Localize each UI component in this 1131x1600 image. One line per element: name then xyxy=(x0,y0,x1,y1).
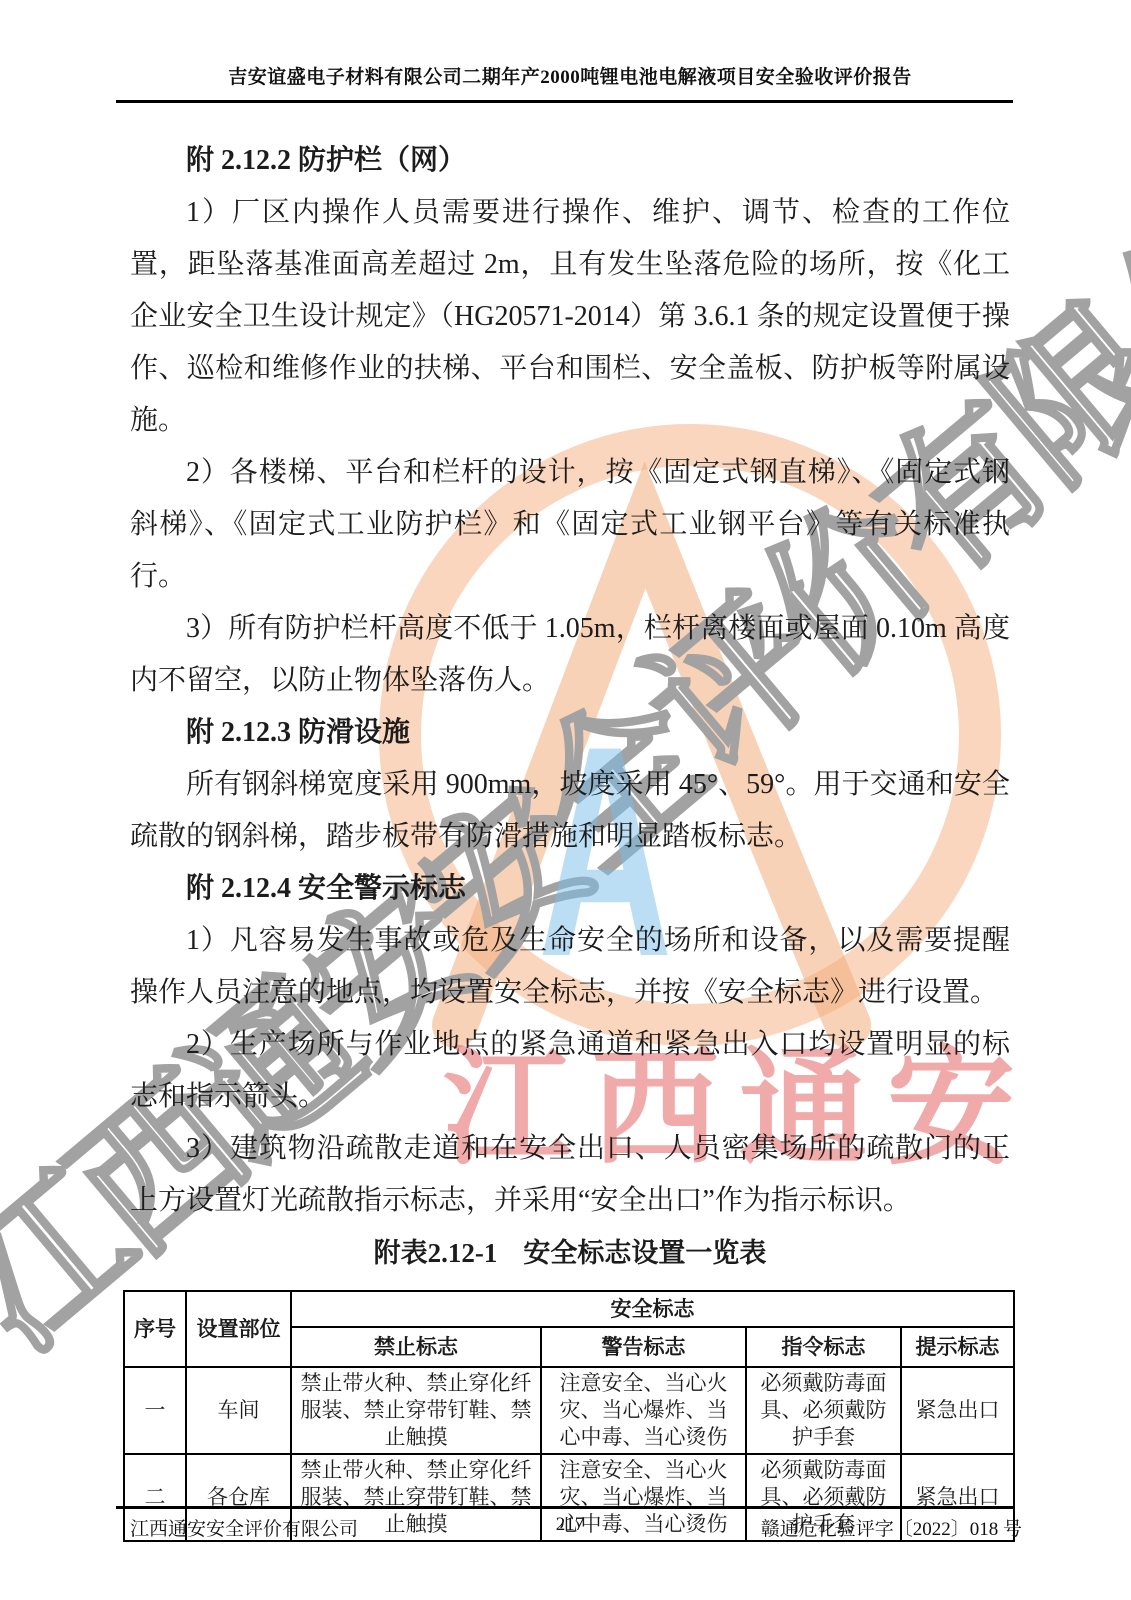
footer-doc-number: 赣通危化验评字〔2022〕018 号 xyxy=(761,1514,1022,1541)
cell-prompt: 紧急出口 xyxy=(901,1367,1014,1454)
cell-location: 车间 xyxy=(186,1367,291,1454)
section-heading: 附 2.12.4 安全警示标志 xyxy=(130,863,1010,915)
paragraph: 3）建筑物沿疏散走道和在安全出口、人员密集场所的疏散门的正上方设置灯光疏散指示标… xyxy=(130,1123,1010,1227)
cell-mandatory: 必须戴防毒面具、必须戴防护手套 xyxy=(746,1367,901,1454)
paragraph: 所有钢斜梯宽度采用 900mm，坡度采用 45°、59°。用于交通和安全疏散的钢… xyxy=(130,759,1010,863)
table-title-label: 附表2.12-1 xyxy=(374,1238,498,1268)
document-page: 江西通安安全评价有限公司 A 江西通安 吉安谊盛电子材料有限公司二期年产2000… xyxy=(0,0,1131,1600)
col-header-group: 安全标志 xyxy=(291,1291,1014,1327)
section-heading: 附 2.12.2 防护栏（网） xyxy=(130,135,1010,187)
table-row: 一 车间 禁止带火种、禁止穿化纤服装、禁止穿带钉鞋、禁止触摸 注意安全、当心火灾… xyxy=(124,1367,1014,1454)
document-body: 附 2.12.2 防护栏（网） 1）厂区内操作人员需要进行操作、维护、调节、检查… xyxy=(130,135,1010,1542)
col-header-warning: 警告标志 xyxy=(541,1327,746,1367)
paragraph: 2）各楼梯、平台和栏杆的设计，按《固定式钢直梯》、《固定式钢斜梯》、《固定式工业… xyxy=(130,447,1010,603)
col-header-seq: 序号 xyxy=(124,1291,186,1367)
table-title-text: 安全标志设置一览表 xyxy=(523,1238,766,1268)
section-heading: 附 2.12.3 防滑设施 xyxy=(130,707,1010,759)
cell-prohibition: 禁止带火种、禁止穿化纤服装、禁止穿带钉鞋、禁止触摸 xyxy=(291,1367,541,1454)
col-header-mandatory: 指令标志 xyxy=(746,1327,901,1367)
footer-rule xyxy=(116,1506,1013,1509)
paragraph: 1）厂区内操作人员需要进行操作、维护、调节、检查的工作位置，距坠落基准面高差超过… xyxy=(130,187,1010,447)
safety-signs-table: 序号 设置部位 安全标志 禁止标志 警告标志 指令标志 提示标志 一 车间 禁止… xyxy=(123,1290,1015,1542)
table-title: 附表2.12-1安全标志设置一览表 xyxy=(130,1227,1010,1279)
paragraph: 3）所有防护栏杆高度不低于 1.05m，栏杆离楼面或屋面 0.10m 高度内不留… xyxy=(130,603,1010,707)
paragraph: 1）凡容易发生事故或危及生命安全的场所和设备，以及需要提醒操作人员注意的地点，均… xyxy=(130,915,1010,1019)
header-rule xyxy=(116,100,1013,103)
col-header-prohibition: 禁止标志 xyxy=(291,1327,541,1367)
table-header-row: 序号 设置部位 安全标志 xyxy=(124,1291,1014,1327)
cell-warning: 注意安全、当心火灾、当心爆炸、当心中毒、当心烫伤 xyxy=(541,1367,746,1454)
col-header-prompt: 提示标志 xyxy=(901,1327,1014,1367)
page-header-title: 吉安谊盛电子材料有限公司二期年产2000吨锂电池电解液项目安全验收评价报告 xyxy=(130,62,1010,89)
col-header-location: 设置部位 xyxy=(186,1291,291,1367)
paragraph: 2）生产场所与作业地点的紧急通道和紧急出入口均设置明显的标志和指示箭头。 xyxy=(130,1019,1010,1123)
cell-seq: 一 xyxy=(124,1367,186,1454)
